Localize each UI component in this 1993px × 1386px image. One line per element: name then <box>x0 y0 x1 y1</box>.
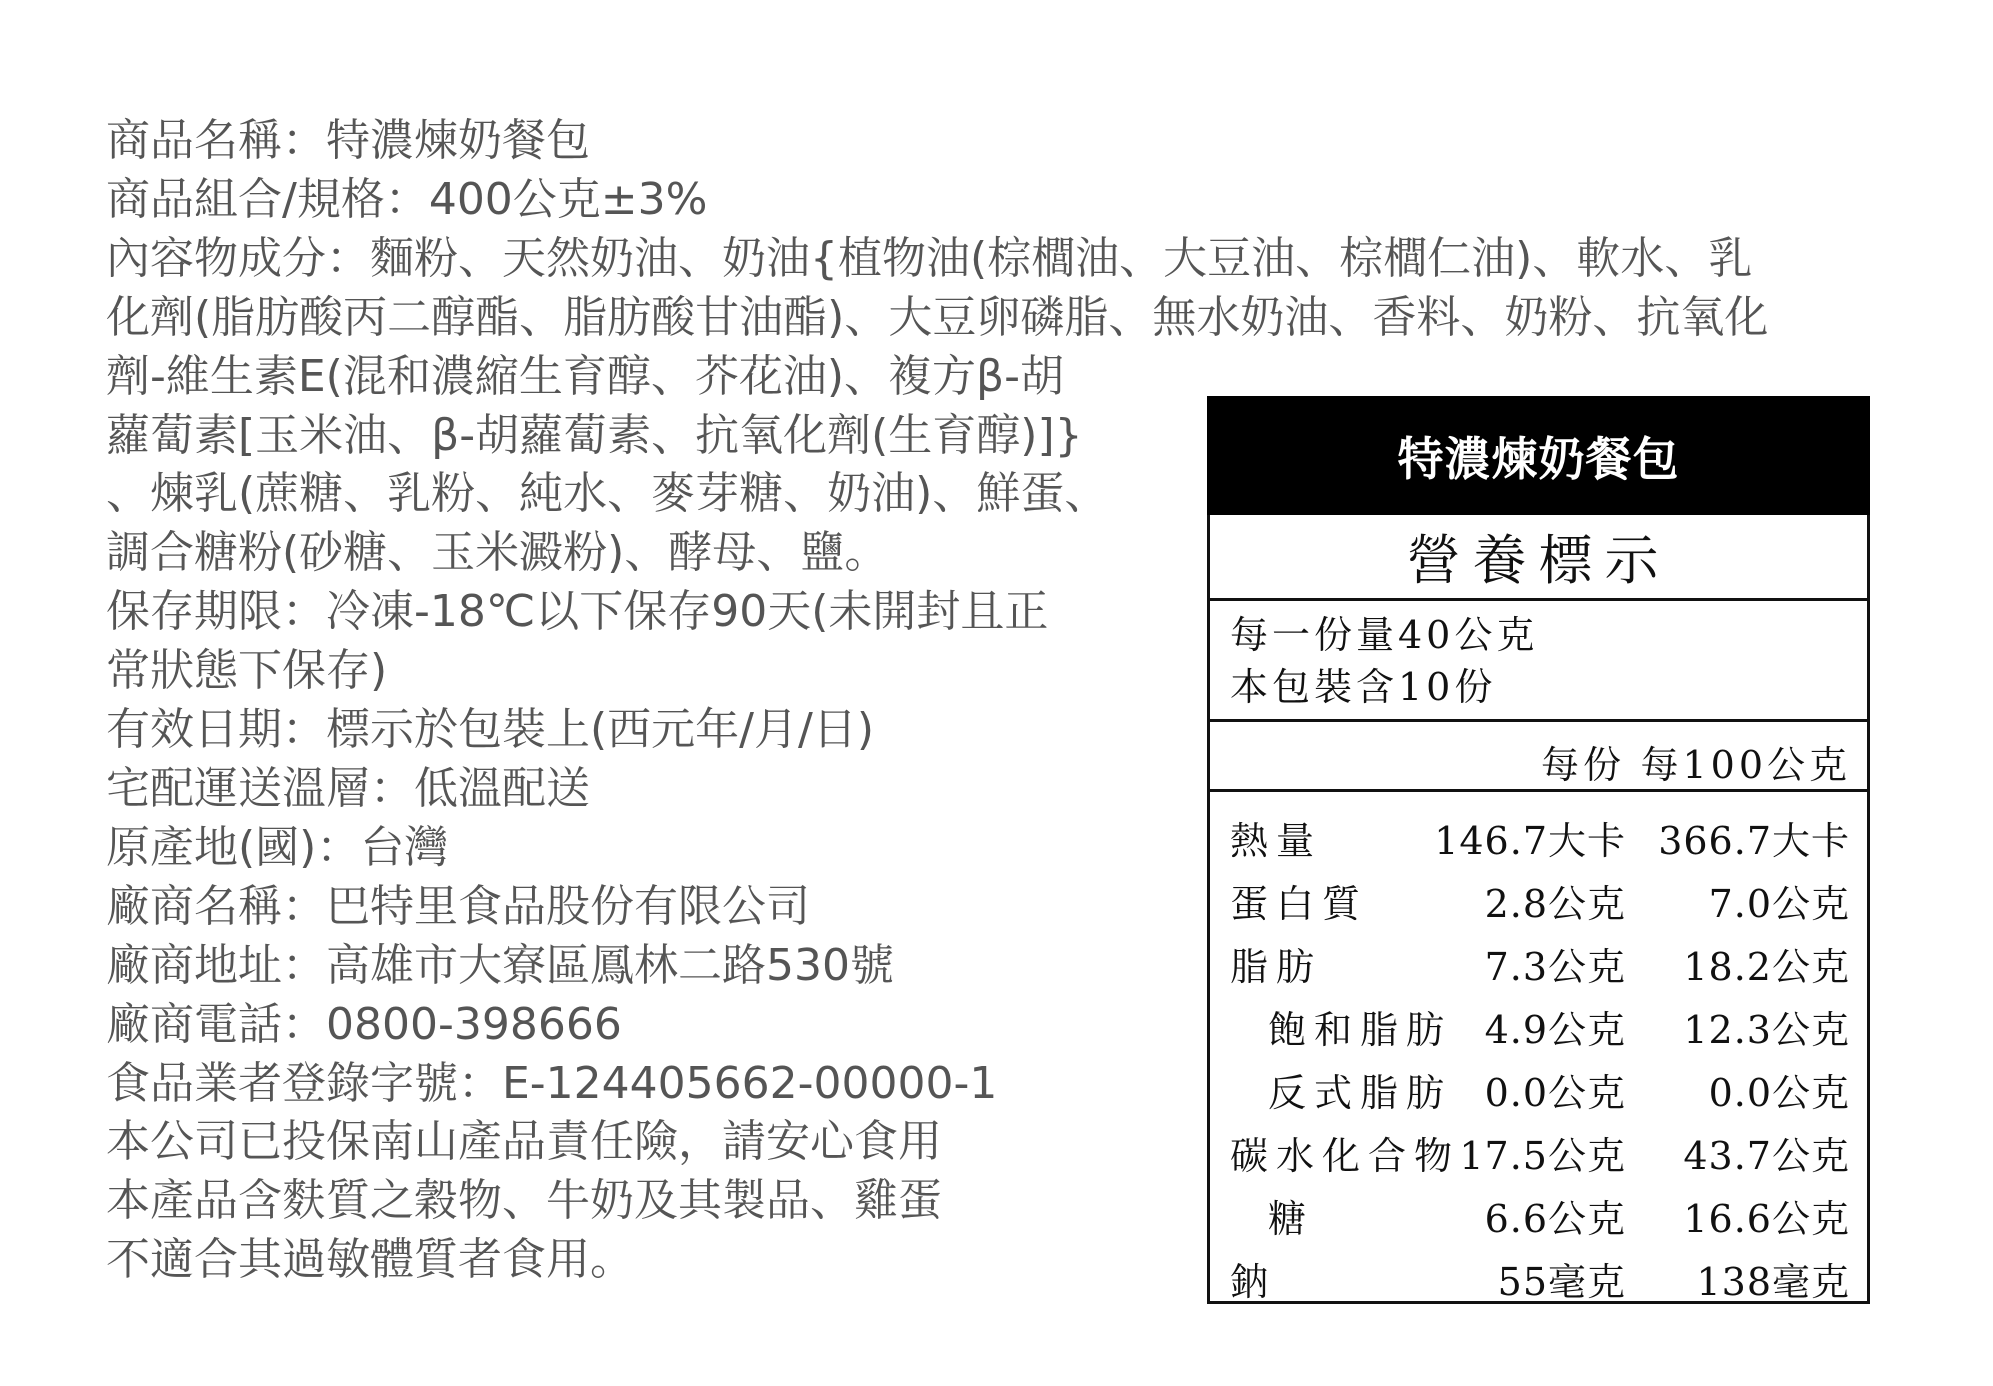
value-per-serving: 55毫克 <box>1498 1251 1626 1306</box>
value-per-serving: 4.9公克 <box>1485 999 1626 1054</box>
value-per-100g: 0.0公克 <box>1709 1062 1850 1117</box>
nutrition-row-protein: 蛋白質 2.8公克 7.0公克 <box>1210 867 1867 930</box>
serving-info: 每一份量40公克 本包裝含10份 <box>1210 601 1867 722</box>
nutrient-name: 熱量 <box>1230 810 1322 865</box>
value-per-serving: 17.5公克 <box>1459 1125 1626 1180</box>
serving-size: 每一份量40公克 <box>1230 609 1867 661</box>
servings-per-package: 本包裝含10份 <box>1230 661 1867 713</box>
column-header-per-100g: 每100公克 <box>1640 734 1851 789</box>
ingredients-line: 化劑(脂肪酸丙二醇酯、脂肪酸甘油酯)、大豆卵磷脂、無水奶油、香料、奶粉、抗氧化 <box>106 289 1906 348</box>
value-per-serving: 146.7大卡 <box>1434 810 1626 865</box>
nutrient-name: 糖 <box>1268 1188 1314 1243</box>
value-per-100g: 138毫克 <box>1696 1251 1850 1306</box>
value-per-serving: 2.8公克 <box>1485 873 1626 928</box>
product-name-line: 商品名稱：特濃煉奶餐包 <box>106 112 1906 171</box>
value-per-serving: 6.6公克 <box>1485 1188 1626 1243</box>
value-per-100g: 12.3公克 <box>1683 999 1850 1054</box>
nutrient-name: 蛋白質 <box>1230 873 1368 928</box>
ingredients-line: 內容物成分：麵粉、天然奶油、奶油{植物油(棕櫚油、大豆油、棕櫚仁油)、軟水、乳 <box>106 230 1906 289</box>
value-per-100g: 366.7大卡 <box>1658 810 1850 865</box>
nutrition-title: 營養標示 <box>1210 515 1867 601</box>
nutrient-name: 飽和脂肪 <box>1268 999 1452 1054</box>
nutrition-row-calories: 熱量 146.7大卡 366.7大卡 <box>1210 804 1867 867</box>
product-spec-line: 商品組合/規格：400公克±3% <box>106 171 1906 230</box>
nutrient-name: 脂肪 <box>1230 936 1322 991</box>
nutrition-row-sugar: 糖 6.6公克 16.6公克 <box>1210 1182 1867 1245</box>
value-per-100g: 16.6公克 <box>1683 1188 1850 1243</box>
nutrition-row-fat: 脂肪 7.3公克 18.2公克 <box>1210 930 1867 993</box>
nutrient-name: 反式脂肪 <box>1268 1062 1452 1117</box>
nutrition-column-headers: 每份 每100公克 <box>1210 722 1867 792</box>
value-per-100g: 18.2公克 <box>1683 936 1850 991</box>
value-per-serving: 7.3公克 <box>1485 936 1626 991</box>
nutrition-rows: 熱量 146.7大卡 366.7大卡 蛋白質 2.8公克 7.0公克 脂肪 7.… <box>1210 792 1867 1308</box>
value-per-100g: 43.7公克 <box>1683 1125 1850 1180</box>
value-per-100g: 7.0公克 <box>1709 873 1850 928</box>
nutrition-row-carbohydrate: 碳水化合物 17.5公克 43.7公克 <box>1210 1119 1867 1182</box>
value-per-serving: 0.0公克 <box>1485 1062 1626 1117</box>
nutrition-row-sodium: 鈉 55毫克 138毫克 <box>1210 1245 1867 1308</box>
nutrition-product-name: 特濃煉奶餐包 <box>1207 396 1870 515</box>
nutrient-name: 鈉 <box>1230 1251 1276 1306</box>
column-header-per-serving: 每份 <box>1541 734 1625 789</box>
nutrition-row-saturated-fat: 飽和脂肪 4.9公克 12.3公克 <box>1210 993 1867 1056</box>
nutrition-row-trans-fat: 反式脂肪 0.0公克 0.0公克 <box>1210 1056 1867 1119</box>
nutrient-name: 碳水化合物 <box>1230 1125 1460 1180</box>
nutrition-facts-table: 特濃煉奶餐包 營養標示 每一份量40公克 本包裝含10份 每份 每100公克 熱… <box>1207 396 1870 1304</box>
